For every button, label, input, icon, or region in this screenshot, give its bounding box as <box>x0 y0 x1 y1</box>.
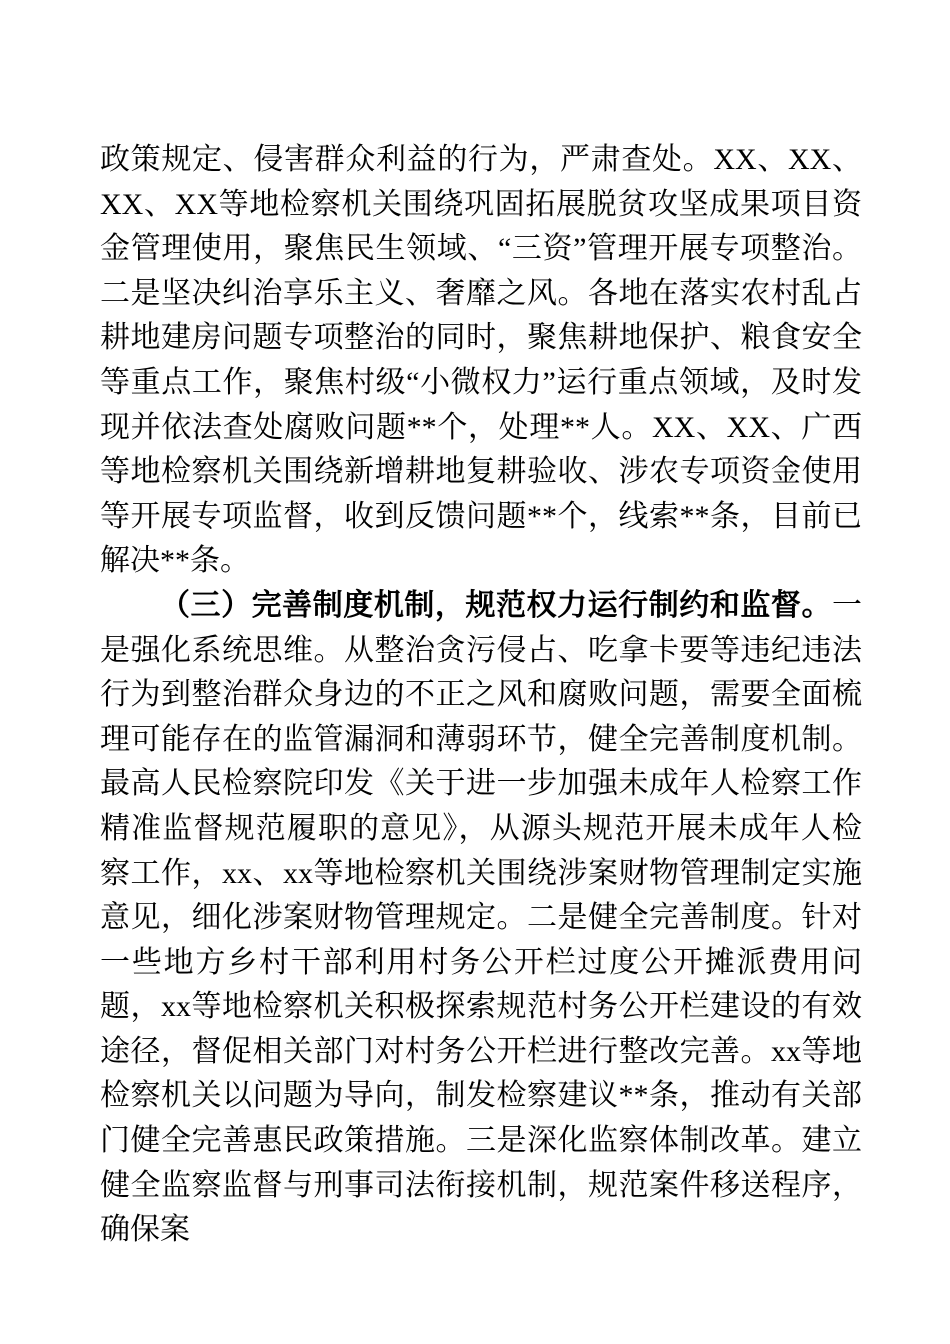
paragraph-section-three: （三）完善制度机制，规范权力运行制约和监督。一是强化系统思维。从整治贪污侵占、吃… <box>100 584 862 1253</box>
document-page: 政策规定、侵害群众利益的行为，严肃查处。XX、XX、XX、XX等地检察机关围绕巩… <box>0 0 950 1344</box>
paragraph-continuation-text: 政策规定、侵害群众利益的行为，严肃查处。XX、XX、XX、XX等地检察机关围绕巩… <box>100 143 862 577</box>
section-three-body-text: 一是强化系统思维。从整治贪污侵占、吃拿卡要等违纪违法行为到整治群众身边的不正之风… <box>100 589 862 1246</box>
document-text-block: 政策规定、侵害群众利益的行为，严肃查处。XX、XX、XX、XX等地检察机关围绕巩… <box>0 0 950 1253</box>
paragraph-continuation: 政策规定、侵害群众利益的行为，严肃查处。XX、XX、XX、XX等地检察机关围绕巩… <box>100 138 862 584</box>
section-three-heading: （三）完善制度机制，规范权力运行制约和监督。 <box>160 589 832 622</box>
